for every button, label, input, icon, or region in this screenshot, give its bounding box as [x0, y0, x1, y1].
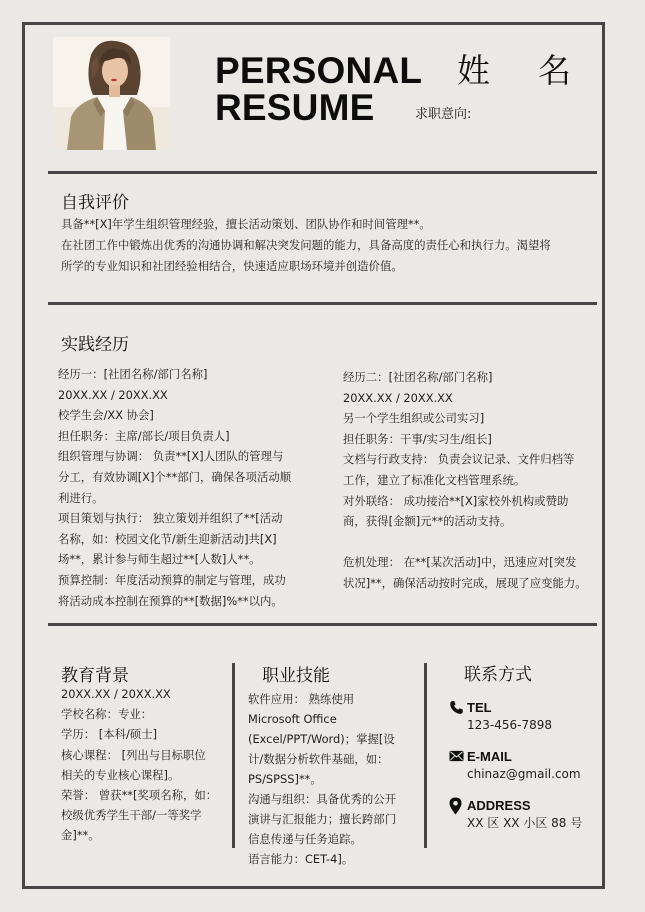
- contact-label-email: E-MAIL: [467, 749, 512, 765]
- education-line: 荣誉： 曾获**[奖项名称，如：: [61, 785, 217, 805]
- experience-2-line: 20XX.XX / 20XX.XX: [343, 388, 587, 409]
- mail-icon: [449, 750, 464, 762]
- skills-line: 软件应用： 熟练使用: [248, 689, 396, 709]
- location-pin-icon: [449, 797, 462, 815]
- column-divider-right: [424, 663, 427, 848]
- title-line-resume: RESUME: [215, 89, 422, 126]
- education-content: 20XX.XX / 20XX.XX 学校名称：专业： 学历： [本科/硕士] 核…: [61, 684, 217, 846]
- section-heading-experience: 实践经历: [61, 335, 129, 355]
- experience-2-line: [343, 532, 587, 553]
- education-line: 校级优秀学生干部/一等奖学: [61, 805, 217, 825]
- experience-1-line: 经历一：[社团名称/部门名称]: [58, 364, 291, 385]
- section-heading-contact: 联系方式: [464, 665, 532, 685]
- divider-experience: [48, 623, 597, 626]
- resume-title: PERSONAL RESUME: [215, 52, 422, 126]
- experience-2-line: 商，获得[金额]元**的活动支持。: [343, 511, 587, 532]
- contact-label-tel: TEL: [467, 700, 492, 716]
- experience-column-2: 经历二：[社团名称/部门名称] 20XX.XX / 20XX.XX 另一个学生组…: [343, 367, 587, 594]
- experience-1-line: 预算控制：年度活动预算的制定与管理，成功: [58, 570, 291, 591]
- skills-line: 演讲与汇报能力；擅长跨部门: [248, 809, 396, 829]
- skills-line: (Excel/PPT/Word)；掌握[设: [248, 729, 396, 749]
- divider-self-evaluation: [48, 302, 597, 305]
- experience-2-line: 工作，建立了标准化文档管理系统。: [343, 470, 587, 491]
- column-divider-left: [232, 663, 235, 848]
- experience-2-line: 文档与行政支持： 负责会议记录、文件归档等: [343, 449, 587, 470]
- self-evaluation-line: 在社团工作中锻炼出优秀的沟通协调和解决突发问题的能力，具备高度的责任心和执行力。…: [61, 235, 551, 256]
- education-line: 学校名称：专业：: [61, 704, 217, 724]
- experience-2-line: 危机处理： 在**[某次活动]中，迅速应对[突发: [343, 552, 587, 573]
- experience-2-line: 经历二：[社团名称/部门名称]: [343, 367, 587, 388]
- name-char-surname: 姓: [457, 52, 490, 90]
- skills-line: 计/数据分析软件基础，如：: [248, 749, 396, 769]
- experience-1-line: 分工，有效协调[X]个**部门，确保各项活动顺: [58, 467, 291, 488]
- contact-value-tel: 123-456-7898: [467, 717, 552, 733]
- experience-2-line: 对外联络： 成功接洽**[X]家校外机构或赞助: [343, 491, 587, 512]
- skills-line: 语言能力：CET-4]。: [248, 849, 396, 869]
- education-line: 相关的专业核心课程]。: [61, 765, 217, 785]
- experience-2-line: 状况]**，确保活动按时完成，展现了应变能力。: [343, 573, 587, 594]
- name-char-given: 名: [538, 52, 571, 90]
- education-line: 金]**。: [61, 825, 217, 845]
- section-heading-self-evaluation: 自我评价: [61, 193, 129, 213]
- skills-line: 信息传递与任务追踪。: [248, 829, 396, 849]
- section-heading-skills: 职业技能: [262, 666, 330, 686]
- phone-icon: [449, 700, 464, 715]
- self-evaluation-line: 具备**[X]年学生组织管理经验，擅长活动策划、团队协作和时间管理**。: [61, 214, 551, 235]
- experience-1-line: 项目策划与执行： 独立策划并组织了**[活动: [58, 508, 291, 529]
- experience-1-line: 将活动成本控制在预算的**[数据]%**以内。: [58, 591, 291, 612]
- contact-value-address: XX 区 XX 小区 88 号: [467, 815, 582, 831]
- experience-1-line: 担任职务：主席/部长/项目负责人]: [58, 426, 291, 447]
- title-line-personal: PERSONAL: [215, 52, 422, 89]
- section-heading-education: 教育背景: [61, 666, 129, 686]
- skills-line: PS/SPSS]**。: [248, 769, 396, 789]
- education-line: 学历： [本科/硕士]: [61, 724, 217, 744]
- experience-1-line: 名称，如：校园文化节/新生迎新活动]共[X]: [58, 529, 291, 550]
- experience-1-line: 组织管理与协调： 负责**[X]人团队的管理与: [58, 446, 291, 467]
- skills-content: 软件应用： 熟练使用 Microsoft Office (Excel/PPT/W…: [248, 689, 396, 869]
- experience-2-line: 另一个学生组织或公司实习]: [343, 408, 587, 429]
- self-evaluation-text: 具备**[X]年学生组织管理经验，擅长活动策划、团队协作和时间管理**。 在社团…: [61, 214, 551, 277]
- experience-1-line: 场**，累计参与师生超过**[人数]人**。: [58, 549, 291, 570]
- profile-photo: [53, 37, 170, 150]
- experience-1-line: 20XX.XX / 20XX.XX: [58, 385, 291, 406]
- education-line: 核心课程： [列出与目标职位: [61, 745, 217, 765]
- self-evaluation-line: 所学的专业知识和社团经验相结合，快速适应职场环境并创造价值。: [61, 256, 551, 277]
- skills-line: 沟通与组织：具备优秀的公开: [248, 789, 396, 809]
- skills-line: Microsoft Office: [248, 709, 396, 729]
- experience-column-1: 经历一：[社团名称/部门名称] 20XX.XX / 20XX.XX 校学生会/X…: [58, 364, 291, 611]
- divider-header: [48, 171, 597, 174]
- contact-label-address: ADDRESS: [467, 798, 531, 814]
- experience-1-line: 校学生会/XX 协会]: [58, 405, 291, 426]
- contact-value-email: chinaz@gmail.com: [467, 766, 581, 782]
- experience-2-line: 担任职务：干事/实习生/组长]: [343, 429, 587, 450]
- education-line: 20XX.XX / 20XX.XX: [61, 684, 217, 704]
- job-intent-label: 求职意向:: [415, 107, 471, 123]
- experience-1-line: 利进行。: [58, 488, 291, 509]
